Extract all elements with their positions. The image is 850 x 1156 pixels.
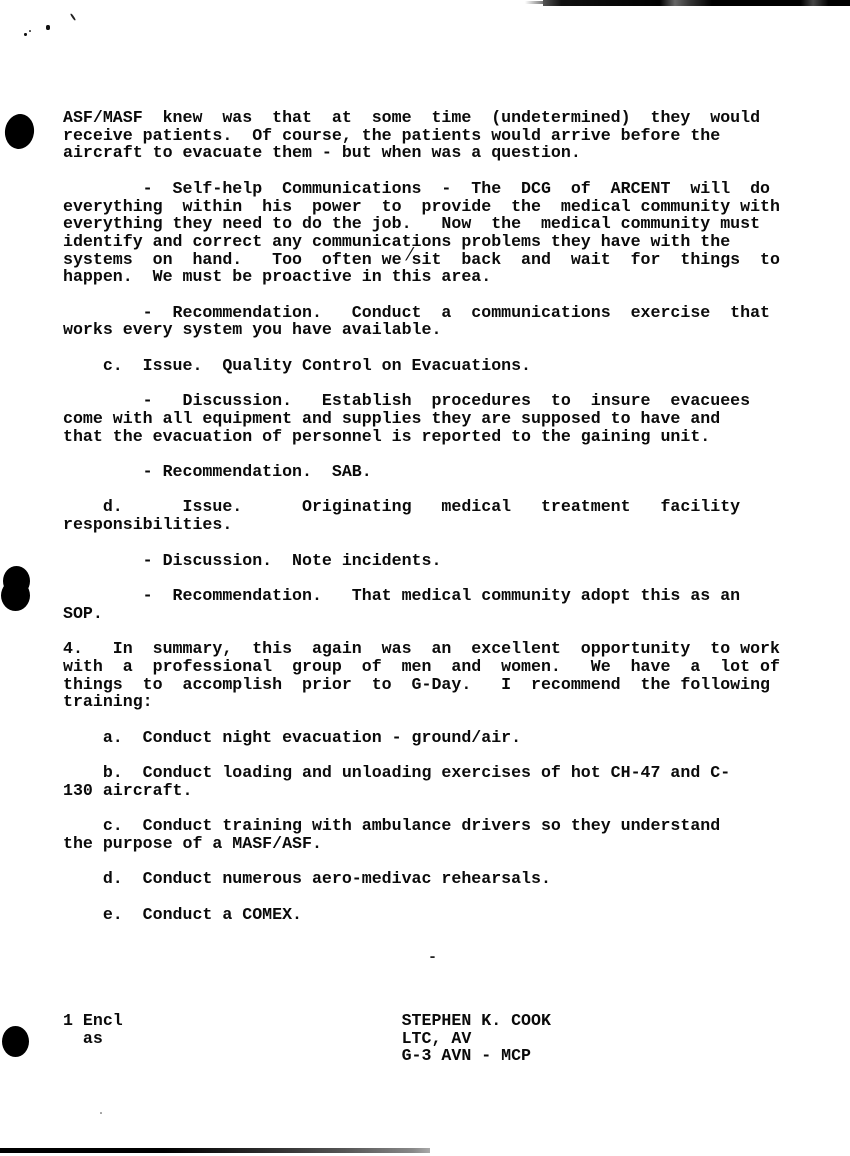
hole-punch-mark-middle-lobe [1, 580, 30, 611]
ink-speck [100, 1112, 102, 1114]
scanned-memo-page: ASF/MASF knew was that at some time (und… [0, 0, 850, 1156]
hole-punch-mark-bottom [2, 1026, 29, 1057]
ink-speck [70, 13, 76, 21]
hole-punch-mark-top [3, 112, 37, 151]
scan-artifact-bottom-bar [0, 1148, 430, 1153]
document-text: ASF/MASF knew was that at some time (und… [63, 109, 780, 1065]
stray-dash-mark: - [428, 949, 437, 966]
ink-speck [46, 25, 50, 30]
ink-speck [29, 30, 31, 32]
handwritten-overstrike-mark: ⁄ [403, 243, 417, 266]
ink-speck [24, 33, 27, 36]
scan-artifact-top-bar [543, 0, 850, 6]
